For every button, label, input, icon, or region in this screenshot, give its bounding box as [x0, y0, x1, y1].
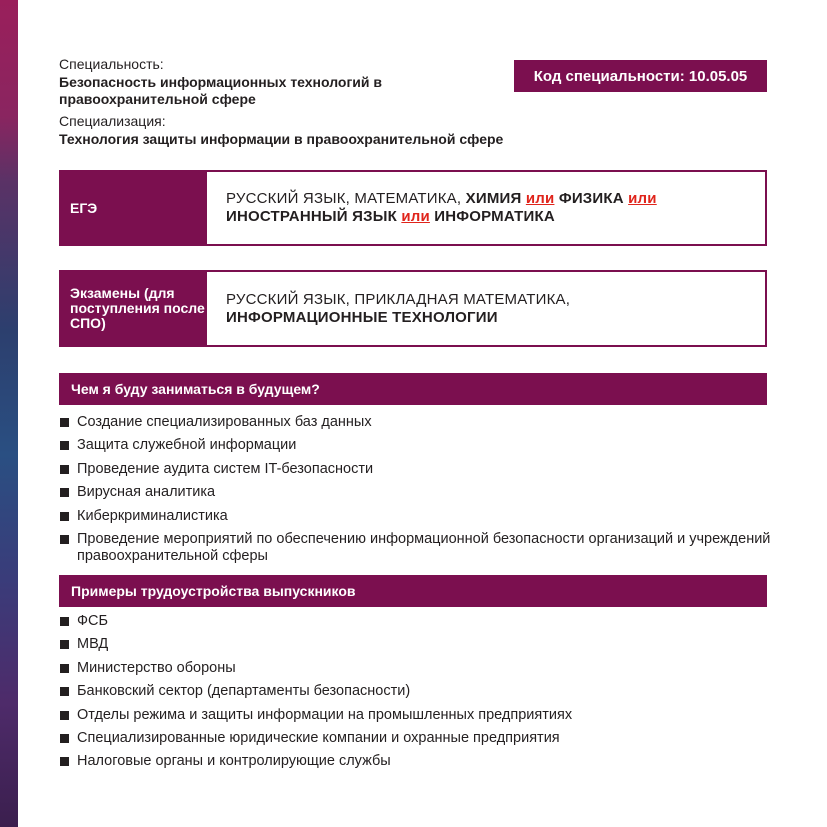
list-item-text: МВД: [77, 636, 108, 652]
exam-subjects: РУССКИЙ ЯЗЫК, ПРИКЛАДНАЯ МАТЕМАТИКА, ИНФ…: [207, 272, 765, 345]
subject-physics: ФИЗИКА: [559, 190, 624, 207]
list-item-text: Министерство обороны: [77, 660, 236, 676]
list-item-text: Проведение мероприятий по обеспечению ин…: [77, 531, 770, 564]
list-item: Создание специализированных баз данных: [59, 414, 771, 431]
exam-label: ЕГЭ: [59, 172, 207, 244]
list-item: Проведение мероприятий по обеспечению ин…: [59, 531, 771, 565]
list-item: Министерство обороны: [59, 660, 771, 677]
square-bullet-icon: [60, 441, 69, 450]
square-bullet-icon: [60, 488, 69, 497]
or-connector: или: [401, 208, 430, 225]
list-item-text: Защита служебной информации: [77, 437, 296, 453]
subject-foreign-language: ИНОСТРАННЫЙ ЯЗЫК: [226, 208, 397, 225]
exam-label: Экзамены (для поступления после СПО): [59, 272, 207, 345]
future-list: Создание специализированных баз данных З…: [59, 414, 771, 571]
square-bullet-icon: [60, 664, 69, 673]
specialization-value: Технология защиты информации в правоохра…: [59, 131, 503, 148]
employment-section-header: Примеры трудоустройства выпускников: [59, 575, 767, 607]
list-item-text: ФСБ: [77, 613, 108, 629]
square-bullet-icon: [60, 535, 69, 544]
subject-it: ИНФОРМАЦИОННЫЕ ТЕХНОЛОГИИ: [226, 309, 498, 326]
specialty-value-line1: Безопасность информационных технологий в: [59, 74, 382, 91]
list-item: Налоговые органы и контролирующие службы: [59, 753, 771, 770]
list-item: ФСБ: [59, 613, 771, 630]
or-connector: или: [526, 190, 555, 207]
square-bullet-icon: [60, 687, 69, 696]
specialization-label: Специализация:: [59, 113, 166, 130]
list-item-text: Банковский сектор (департаменты безопасн…: [77, 683, 410, 699]
list-item-text: Специализированные юридические компании …: [77, 730, 560, 746]
list-item: Специализированные юридические компании …: [59, 730, 771, 747]
exam-subjects: РУССКИЙ ЯЗЫК, МАТЕМАТИКА, ХИМИЯ или ФИЗИ…: [207, 172, 765, 244]
list-item-text: Проведение аудита систем IT-безопасности: [77, 461, 373, 477]
square-bullet-icon: [60, 640, 69, 649]
list-item-text: Вирусная аналитика: [77, 484, 215, 500]
decorative-photo-strip: [0, 0, 18, 827]
subjects-plain: РУССКИЙ ЯЗЫК, ПРИКЛАДНАЯ МАТЕМАТИКА,: [226, 291, 570, 308]
square-bullet-icon: [60, 418, 69, 427]
list-item: Киберкриминалистика: [59, 508, 771, 525]
list-item: МВД: [59, 636, 771, 653]
square-bullet-icon: [60, 734, 69, 743]
specialty-value-line2: правоохранительной сфере: [59, 91, 256, 108]
exam-box-ege: ЕГЭ РУССКИЙ ЯЗЫК, МАТЕМАТИКА, ХИМИЯ или …: [59, 170, 767, 246]
square-bullet-icon: [60, 465, 69, 474]
list-item: Банковский сектор (департаменты безопасн…: [59, 683, 771, 700]
subject-informatics: ИНФОРМАТИКА: [434, 208, 555, 225]
list-item: Отделы режима и защиты информации на про…: [59, 707, 771, 724]
list-item-text: Создание специализированных баз данных: [77, 414, 372, 430]
list-item: Защита служебной информации: [59, 437, 771, 454]
list-item-text: Киберкриминалистика: [77, 508, 228, 524]
subjects-plain: РУССКИЙ ЯЗЫК, МАТЕМАТИКА,: [226, 190, 466, 207]
exam-box-spo: Экзамены (для поступления после СПО) РУС…: [59, 270, 767, 347]
square-bullet-icon: [60, 711, 69, 720]
list-item-text: Налоговые органы и контролирующие службы: [77, 753, 391, 769]
employment-list: ФСБ МВД Министерство обороны Банковский …: [59, 613, 771, 777]
or-connector: или: [628, 190, 657, 207]
list-item: Вирусная аналитика: [59, 484, 771, 501]
list-item: Проведение аудита систем IT-безопасности: [59, 461, 771, 478]
list-item-text: Отделы режима и защиты информации на про…: [77, 707, 572, 723]
square-bullet-icon: [60, 617, 69, 626]
square-bullet-icon: [60, 757, 69, 766]
specialty-label: Специальность:: [59, 56, 164, 73]
future-section-header: Чем я буду заниматься в будущем?: [59, 373, 767, 405]
square-bullet-icon: [60, 512, 69, 521]
subject-chemistry: ХИМИЯ: [466, 190, 522, 207]
specialty-code-badge: Код специальности: 10.05.05: [514, 60, 767, 92]
